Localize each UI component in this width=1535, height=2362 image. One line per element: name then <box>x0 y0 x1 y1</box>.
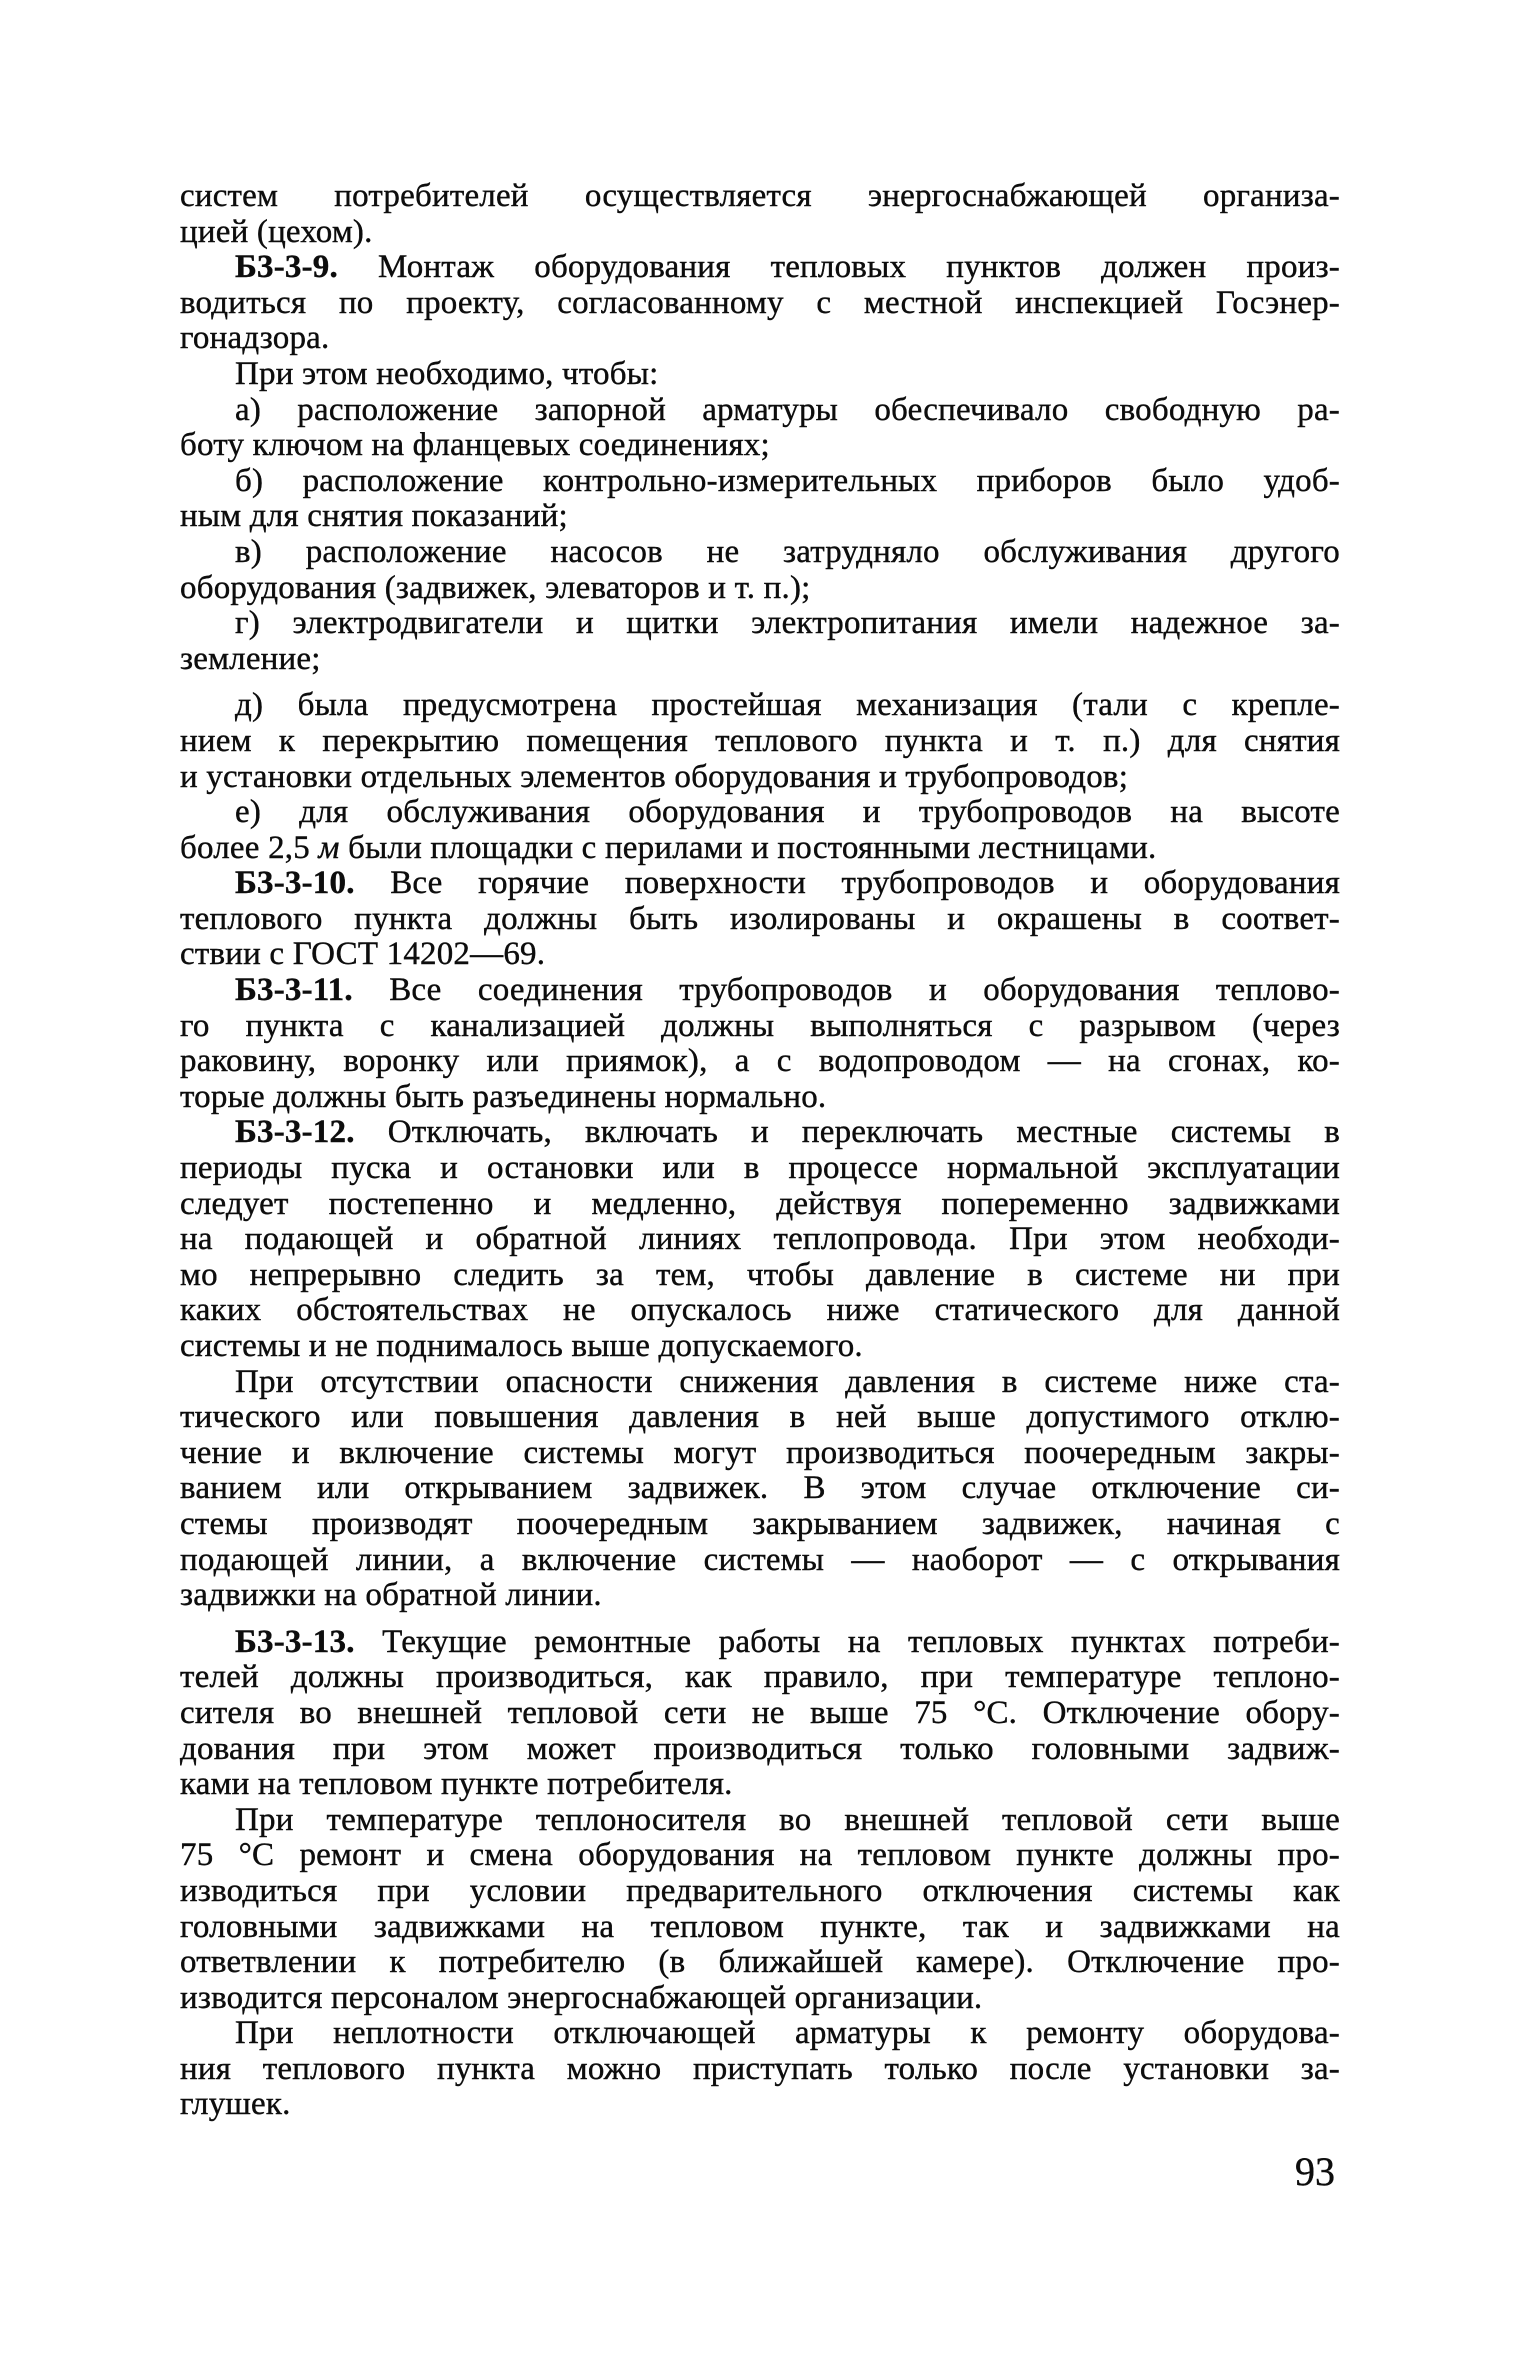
text-segment: сителя во внешней тепловой сети не выше … <box>180 1695 1340 1731</box>
text-segment: тического или повышения давления в ней в… <box>180 1399 1340 1435</box>
text-line: сителя во внешней тепловой сети не выше … <box>180 1696 1340 1732</box>
text-segment: го пункта с канализацией должны выполнят… <box>180 1008 1340 1044</box>
text-line: водиться по проекту, согласованному с ме… <box>180 286 1340 322</box>
text-segment: Отключать, включать и переключать местны… <box>355 1114 1340 1150</box>
text-segment: нием к перекрытию помещения теплового пу… <box>180 723 1340 759</box>
text-line: Б3-3-13. Текущие ремонтные работы на теп… <box>180 1625 1340 1661</box>
text-line: а) расположение запорной арматуры обеспе… <box>180 393 1340 429</box>
text-segment: д) была предусмотрена простейшая механиз… <box>235 687 1340 723</box>
text-segment: мо непрерывно следить за тем, чтобы давл… <box>180 1257 1340 1293</box>
text-segment: При неплотности отключающей арматуры к р… <box>235 2015 1340 2051</box>
text-segment: цией (цехом). <box>180 214 373 250</box>
text-line: Б3-3-10. Все горячие поверхности трубопр… <box>180 866 1340 902</box>
section-number: Б3-3-10. <box>235 865 355 901</box>
text-line: земление; <box>180 642 1340 678</box>
text-line: ответвлении к потребителю (в ближайшей к… <box>180 1945 1340 1981</box>
text-segment: При этом необходимо, чтобы: <box>235 356 658 392</box>
text-segment: а) расположение запорной арматуры обеспе… <box>235 392 1340 428</box>
text-segment: на подающей и обратной линиях теплопрово… <box>180 1221 1340 1257</box>
text-line: ния теплового пункта можно приступать то… <box>180 2052 1340 2088</box>
text-segment: в) расположение насосов не затрудняло об… <box>235 534 1340 570</box>
scanned-document-page: систем потребителей осуществляется энерг… <box>0 0 1535 2362</box>
text-segment: глушек. <box>180 2086 291 2122</box>
text-segment: изводится персоналом энергоснабжающей ор… <box>180 1980 982 2016</box>
text-line: мо непрерывно следить за тем, чтобы давл… <box>180 1258 1340 1294</box>
text-segment: телей должны производиться, как правило,… <box>180 1659 1340 1695</box>
text-segment: ответвлении к потребителю (в ближайшей к… <box>180 1944 1340 1980</box>
text-line: 75 °С ремонт и смена оборудования на теп… <box>180 1838 1340 1874</box>
text-line: подающей линии, а включение системы — на… <box>180 1543 1340 1579</box>
text-line: чение и включение системы могут производ… <box>180 1436 1340 1472</box>
text-segment: чение и включение системы могут производ… <box>180 1435 1340 1471</box>
text-line: Б3-3-12. Отключать, включать и переключа… <box>180 1115 1340 1151</box>
text-segment: г) электродвигатели и щитки электропитан… <box>235 605 1340 641</box>
text-line: каких обстоятельствах не опускалось ниже… <box>180 1293 1340 1329</box>
text-line: ным для снятия показаний; <box>180 499 1340 535</box>
text-segment: б) расположение контрольно-измерительных… <box>235 463 1340 499</box>
text-line: на подающей и обратной линиях теплопрово… <box>180 1222 1340 1258</box>
text-segment: Все горячие поверхности трубопроводов и … <box>355 865 1340 901</box>
text-line: гонадзора. <box>180 321 1340 357</box>
text-line: систем потребителей осуществляется энерг… <box>180 179 1340 215</box>
text-line: При этом необходимо, чтобы: <box>180 357 1340 393</box>
text-segment: каких обстоятельствах не опускалось ниже… <box>180 1292 1340 1328</box>
section-number: Б3-3-12. <box>235 1114 355 1150</box>
text-segment: земление; <box>180 641 321 677</box>
text-segment: теплового пункта должны быть изолированы… <box>180 901 1340 937</box>
text-segment: водиться по проекту, согласованному с ме… <box>180 285 1340 321</box>
text-line: периоды пуска и остановки или в процессе… <box>180 1151 1340 1187</box>
text-segment: ствии с ГОСТ 14202—69. <box>180 936 545 972</box>
text-segment: задвижки на обратной линии. <box>180 1577 602 1613</box>
text-segment: Все соединения трубопроводов и оборудова… <box>353 972 1340 1008</box>
text-line: тического или повышения давления в ней в… <box>180 1400 1340 1436</box>
text-line: При неплотности отключающей арматуры к р… <box>180 2016 1340 2052</box>
text-segment: головными задвижками на тепловом пункте,… <box>180 1909 1340 1945</box>
text-segment: оборудования (задвижек, элеваторов и т. … <box>180 570 811 606</box>
text-line: изводится персоналом энергоснабжающей ор… <box>180 1981 1340 2017</box>
text-segment: При отсутствии опасности снижения давлен… <box>235 1364 1340 1400</box>
text-line: стемы производят поочередным закрыванием… <box>180 1507 1340 1543</box>
section-number: Б3-3-13. <box>235 1624 355 1660</box>
text-segment: были площадки с перилами и постоянными л… <box>340 830 1157 866</box>
text-line: ванием или открыванием задвижек. В этом … <box>180 1471 1340 1507</box>
text-line: раковину, воронку или приямок), а с водо… <box>180 1044 1340 1080</box>
text-segment: торые должны быть разъединены нормально. <box>180 1079 826 1115</box>
text-segment: ным для снятия показаний; <box>180 498 568 534</box>
text-segment: ния теплового пункта можно приступать то… <box>180 2051 1340 2087</box>
text-segment: раковину, воронку или приямок), а с водо… <box>180 1043 1340 1079</box>
text-segment: ванием или открыванием задвижек. В этом … <box>180 1470 1340 1506</box>
text-line: головными задвижками на тепловом пункте,… <box>180 1910 1340 1946</box>
text-line: нием к перекрытию помещения теплового пу… <box>180 724 1340 760</box>
text-segment: гонадзора. <box>180 320 329 356</box>
text-line: и установки отдельных элементов оборудов… <box>180 760 1340 796</box>
text-line: более 2,5 м были площадки с перилами и п… <box>180 831 1340 867</box>
text-line: е) для обслуживания оборудования и трубо… <box>180 795 1340 831</box>
text-segment: 75 °С ремонт и смена оборудования на теп… <box>180 1837 1340 1873</box>
text-line: цией (цехом). <box>180 215 1340 251</box>
text-line: г) электродвигатели и щитки электропитан… <box>180 606 1340 642</box>
section-number: Б3-3-11. <box>235 972 353 1008</box>
page-number: 93 <box>1295 2152 1335 2192</box>
text-line: дования при этом может производиться тол… <box>180 1732 1340 1768</box>
text-line: следует постепенно и медленно, действуя … <box>180 1187 1340 1223</box>
text-segment: При температуре теплоносителя во внешней… <box>235 1802 1340 1838</box>
text-line: торые должны быть разъединены нормально. <box>180 1080 1340 1116</box>
text-line: телей должны производиться, как правило,… <box>180 1660 1340 1696</box>
text-line: б) расположение контрольно-измерительных… <box>180 464 1340 500</box>
text-segment: периоды пуска и остановки или в процессе… <box>180 1150 1340 1186</box>
text-line: ками на тепловом пункте потребителя. <box>180 1767 1340 1803</box>
text-line: го пункта с канализацией должны выполнят… <box>180 1009 1340 1045</box>
section-number: Б3-3-9. <box>235 249 338 285</box>
text-segment: ками на тепловом пункте потребителя. <box>180 1766 733 1802</box>
text-block: систем потребителей осуществляется энерг… <box>180 179 1340 2123</box>
text-line: оборудования (задвижек, элеваторов и т. … <box>180 571 1340 607</box>
text-line: изводиться при условии предварительного … <box>180 1874 1340 1910</box>
text-segment: систем потребителей осуществляется энерг… <box>180 178 1340 214</box>
text-line: При температуре теплоносителя во внешней… <box>180 1803 1340 1839</box>
text-line: теплового пункта должны быть изолированы… <box>180 902 1340 938</box>
text-segment: следует постепенно и медленно, действуя … <box>180 1186 1340 1222</box>
text-segment: системы и не поднималось выше допускаемо… <box>180 1328 863 1364</box>
text-segment: Монтаж оборудования тепловых пунктов дол… <box>338 249 1340 285</box>
text-line: Б3-3-11. Все соединения трубопроводов и … <box>180 973 1340 1009</box>
text-line: д) была предусмотрена простейшая механиз… <box>180 688 1340 724</box>
text-segment: более 2,5 <box>180 830 318 866</box>
text-segment: стемы производят поочередным закрыванием… <box>180 1506 1340 1542</box>
text-line: ствии с ГОСТ 14202—69. <box>180 937 1340 973</box>
text-line: в) расположение насосов не затрудняло об… <box>180 535 1340 571</box>
text-line: задвижки на обратной линии. <box>180 1578 1340 1614</box>
text-segment: дования при этом может производиться тол… <box>180 1731 1340 1767</box>
unit-italic: м <box>318 830 339 866</box>
text-segment: боту ключом на фланцевых соединениях; <box>180 427 770 463</box>
text-segment: е) для обслуживания оборудования и трубо… <box>235 794 1340 830</box>
text-line: системы и не поднималось выше допускаемо… <box>180 1329 1340 1365</box>
text-line: глушек. <box>180 2087 1340 2123</box>
text-line: При отсутствии опасности снижения давлен… <box>180 1365 1340 1401</box>
text-segment: подающей линии, а включение системы — на… <box>180 1542 1340 1578</box>
text-segment: Текущие ремонтные работы на тепловых пун… <box>355 1624 1340 1660</box>
text-segment: и установки отдельных элементов оборудов… <box>180 759 1128 795</box>
text-line: Б3-3-9. Монтаж оборудования тепловых пун… <box>180 250 1340 286</box>
text-line: боту ключом на фланцевых соединениях; <box>180 428 1340 464</box>
text-segment: изводиться при условии предварительного … <box>180 1873 1340 1909</box>
